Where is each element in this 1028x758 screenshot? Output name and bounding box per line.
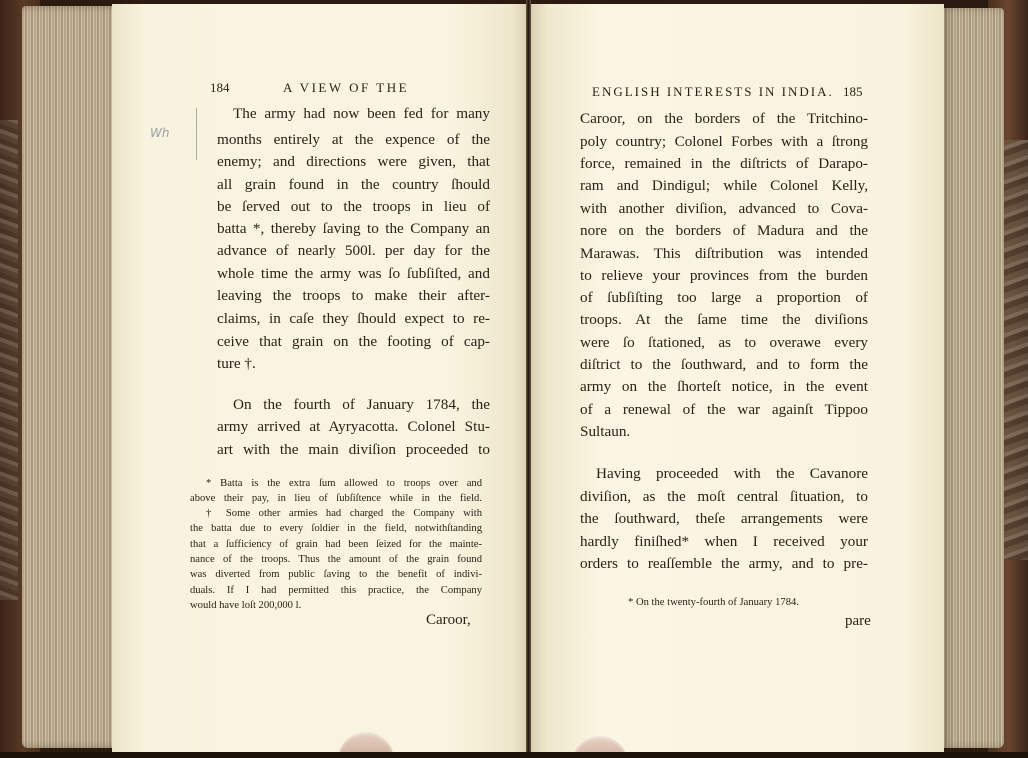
body-line: of ſubſiſting too large a proportion of — [580, 287, 868, 309]
book-gutter — [526, 0, 531, 758]
bottom-shadow — [0, 752, 1028, 758]
body-line: leaving the troops to make their after- — [217, 285, 490, 307]
body-line: to relieve your provinces from the burde… — [580, 265, 868, 287]
body-line: diſtrict to the ſouthward, and to form t… — [580, 354, 868, 376]
page-number-right: 185 — [843, 84, 863, 100]
body-line: art with the main diviſion proceeded to — [217, 439, 490, 461]
body-line: advance of nearly 500l. per day for the — [217, 240, 490, 262]
body-line: force, remained in the diſtricts of Dara… — [580, 153, 868, 175]
body-line: ceive that grain on the footing of cap- — [217, 331, 490, 353]
footnote-line: † Some other armies had charged the Comp… — [190, 507, 482, 522]
footnote-line: that a ſufficiency of grain had been ſei… — [190, 538, 482, 553]
marbled-endpaper-left — [0, 120, 18, 600]
body-line: ture †. — [217, 353, 490, 375]
running-head-right: ENGLISH INTERESTS IN INDIA. — [592, 84, 834, 100]
body-line: of a renewal of the war againſt Tippoo — [580, 399, 868, 421]
body-line: were ſo ſtationed, as to overawe every — [580, 332, 868, 354]
body-line: be ſerved out to the troops in lieu of — [217, 196, 490, 218]
marginal-pencil-note: Wh — [150, 126, 169, 140]
catchword-left: Caroor, — [426, 612, 471, 629]
body-line: enemy; and directions were given, that — [217, 151, 490, 173]
pencil-mark — [196, 108, 197, 160]
body-line: The army had now been fed for many — [217, 103, 490, 125]
footnote-line: * On the twenty-fourth of January 1784. — [628, 596, 799, 611]
body-line: ram and Dindigul; while Colonel Kelly, — [580, 175, 868, 197]
body-line: Having proceeded with the Cavanore — [580, 463, 868, 485]
body-line: with another diviſion, advanced to Cova- — [580, 198, 868, 220]
catchword-right: pare — [845, 613, 871, 630]
body-line: poly country; Colonel Forbes with a ſtro… — [580, 131, 868, 153]
body-line: the ſouthward, theſe arrangements were — [580, 508, 868, 530]
marbled-endpaper-right — [1004, 140, 1028, 560]
body-line: claims, in caſe they ſhould expect to re… — [217, 308, 490, 330]
body-line: months entirely at the expence of the — [217, 129, 490, 151]
footnote-line: nance of the troops. Thus the amount of … — [190, 553, 482, 568]
footnote-line: the batta due to every ſoldier in the fi… — [190, 522, 482, 537]
body-line: diviſion, as the moſt central ſituation,… — [580, 486, 868, 508]
body-line: orders to reaſſemble the army, and to pr… — [580, 553, 868, 575]
body-line: army arrived at Ayryacotta. Colonel Stu- — [217, 416, 490, 438]
body-line: batta *, thereby ſaving to the Company a… — [217, 218, 490, 240]
footnote-line: duals. If I had permitted this practice,… — [190, 584, 482, 599]
body-line: army on the ſhorteſt notice, in the even… — [580, 376, 868, 398]
page-block-left — [22, 6, 122, 748]
body-line: whole time the army was ſo ſubſiſted, an… — [217, 263, 490, 285]
body-line: On the fourth of January 1784, the — [217, 394, 490, 416]
body-line: troops. At the ſame time the diviſions — [580, 309, 868, 331]
body-line: hardly finiſhed* when I received your — [580, 531, 868, 553]
page-number-left: 184 — [210, 80, 230, 96]
page-block-right — [942, 8, 1004, 748]
body-line: nore on the borders of Madura and the — [580, 220, 868, 242]
footnote-line: above their pay, in lieu of ſubſiſtence … — [190, 492, 482, 507]
body-line: Sultaun. — [580, 421, 868, 443]
body-line: all grain found in the country ſhould — [217, 174, 490, 196]
running-head-left: A VIEW OF THE — [283, 80, 409, 96]
footnote-line: * Batta is the extra ſum allowed to troo… — [190, 477, 482, 492]
body-line: Marawas. This diſtribution was intended — [580, 243, 868, 265]
footnote-line: was diverted from public ſaving to the b… — [190, 568, 482, 583]
body-line: Caroor, on the borders of the Tritchino- — [580, 108, 868, 130]
